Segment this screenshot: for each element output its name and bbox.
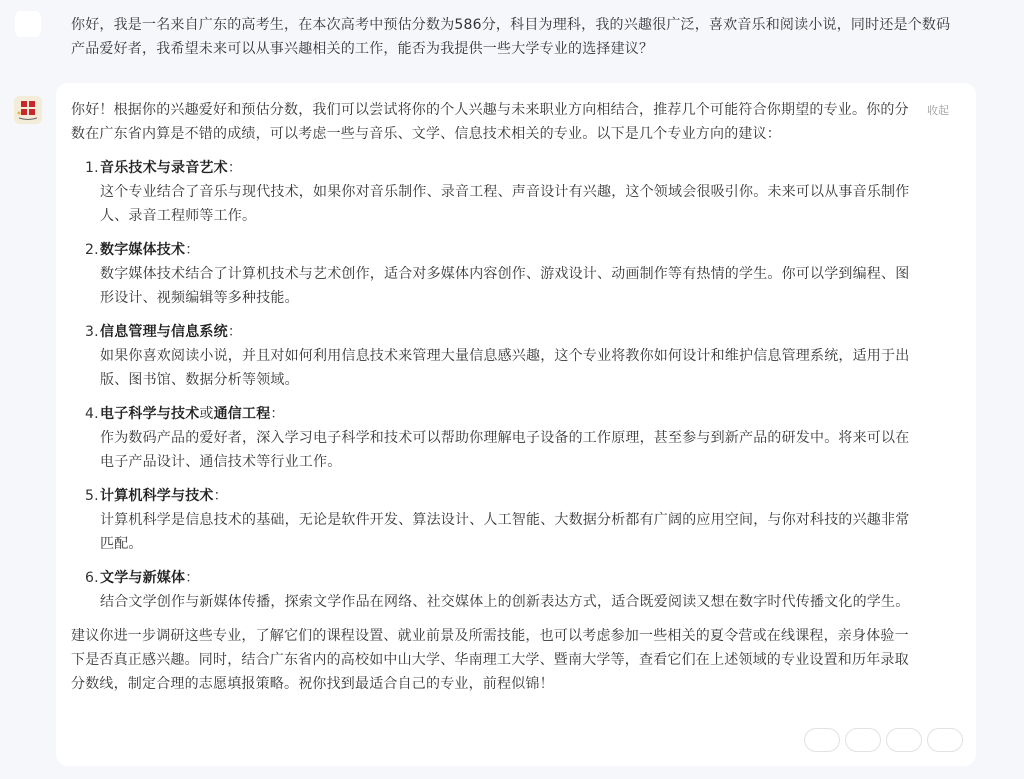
message-action-bar <box>804 728 963 754</box>
major-title: 文学与新媒体 <box>100 570 185 586</box>
colon: ： <box>228 324 242 340</box>
major-item: 4. 电子科学与技术或通信工程： 作为数码产品的爱好者，深入学习电子科学和技术可… <box>71 402 914 474</box>
major-description: 计算机科学是信息技术的基础，无论是软件开发、算法设计、人工智能、大数据分析都有广… <box>100 508 914 556</box>
major-item: 6. 文学与新媒体： 结合文学创作与新媒体传播，探索文学作品在网络、社交媒体上的… <box>71 566 914 614</box>
collapse-button[interactable]: 收起 <box>927 102 949 118</box>
assistant-avatar <box>14 96 42 124</box>
major-item: 1. 音乐技术与录音艺术： 这个专业结合了音乐与现代技术，如果你对音乐制作、录音… <box>71 156 914 228</box>
major-title: 计算机科学与技术 <box>100 488 214 504</box>
colon: ： <box>185 570 199 586</box>
major-list: 1. 音乐技术与录音艺术： 这个专业结合了音乐与现代技术，如果你对音乐制作、录音… <box>71 156 914 614</box>
list-number: 4. <box>85 402 99 426</box>
list-number: 5. <box>85 484 99 508</box>
list-number: 1. <box>85 156 99 180</box>
assistant-outro: 建议你进一步调研这些专业，了解它们的课程设置、就业前景及所需技能，也可以考虑参加… <box>71 624 914 696</box>
colon: ： <box>185 242 199 258</box>
assistant-message-body: 你好！根据你的兴趣爱好和预估分数，我们可以尝试将你的个人兴趣与未来职业方向相结合… <box>71 98 914 696</box>
major-description: 数字媒体技术结合了计算机技术与艺术创作，适合对多媒体内容创作、游戏设计、动画制作… <box>100 262 914 310</box>
major-title-part-a: 电子科学与技术 <box>100 406 199 422</box>
major-item: 3. 信息管理与信息系统： 如果你喜欢阅读小说，并且对如何利用信息技术来管理大量… <box>71 320 914 392</box>
user-message-text: 你好，我是一名来自广东的高考生，在本次高考中预估分数为586分，科目为理科，我的… <box>71 13 951 61</box>
assistant-logo-icon <box>14 96 42 124</box>
major-title: 信息管理与信息系统 <box>100 324 228 340</box>
colon: ： <box>270 406 284 422</box>
major-title: 音乐技术与录音艺术 <box>100 160 228 176</box>
colon: ： <box>228 160 242 176</box>
major-title: 数字媒体技术 <box>100 242 185 258</box>
list-number: 3. <box>85 320 99 344</box>
list-number: 2. <box>85 238 99 262</box>
user-message-row: 你好，我是一名来自广东的高考生，在本次高考中预估分数为586分，科目为理科，我的… <box>0 0 1024 80</box>
like-button[interactable] <box>886 728 922 752</box>
major-title-or: 或 <box>199 406 213 422</box>
user-avatar <box>15 11 41 37</box>
major-description: 这个专业结合了音乐与现代技术，如果你对音乐制作、录音工程、声音设计有兴趣，这个领… <box>100 180 914 228</box>
assistant-message-card: 收起 你好！根据你的兴趣爱好和预估分数，我们可以尝试将你的个人兴趣与未来职业方向… <box>56 83 976 766</box>
major-title-part-b: 通信工程 <box>214 406 271 422</box>
list-number: 6. <box>85 566 99 590</box>
dislike-button[interactable] <box>927 728 963 752</box>
regenerate-button[interactable] <box>845 728 881 752</box>
major-description: 结合文学创作与新媒体传播，探索文学作品在网络、社交媒体上的创新表达方式，适合既爱… <box>100 590 914 614</box>
copy-button[interactable] <box>804 728 840 752</box>
major-description: 如果你喜欢阅读小说，并且对如何利用信息技术来管理大量信息感兴趣，这个专业将教你如… <box>100 344 914 392</box>
assistant-intro: 你好！根据你的兴趣爱好和预估分数，我们可以尝试将你的个人兴趣与未来职业方向相结合… <box>71 98 914 146</box>
major-item: 5. 计算机科学与技术： 计算机科学是信息技术的基础，无论是软件开发、算法设计、… <box>71 484 914 556</box>
major-item: 2. 数字媒体技术： 数字媒体技术结合了计算机技术与艺术创作，适合对多媒体内容创… <box>71 238 914 310</box>
major-description: 作为数码产品的爱好者，深入学习电子科学和技术可以帮助你理解电子设备的工作原理，甚… <box>100 426 914 474</box>
colon: ： <box>214 488 228 504</box>
major-title: 电子科学与技术或通信工程 <box>100 406 270 422</box>
